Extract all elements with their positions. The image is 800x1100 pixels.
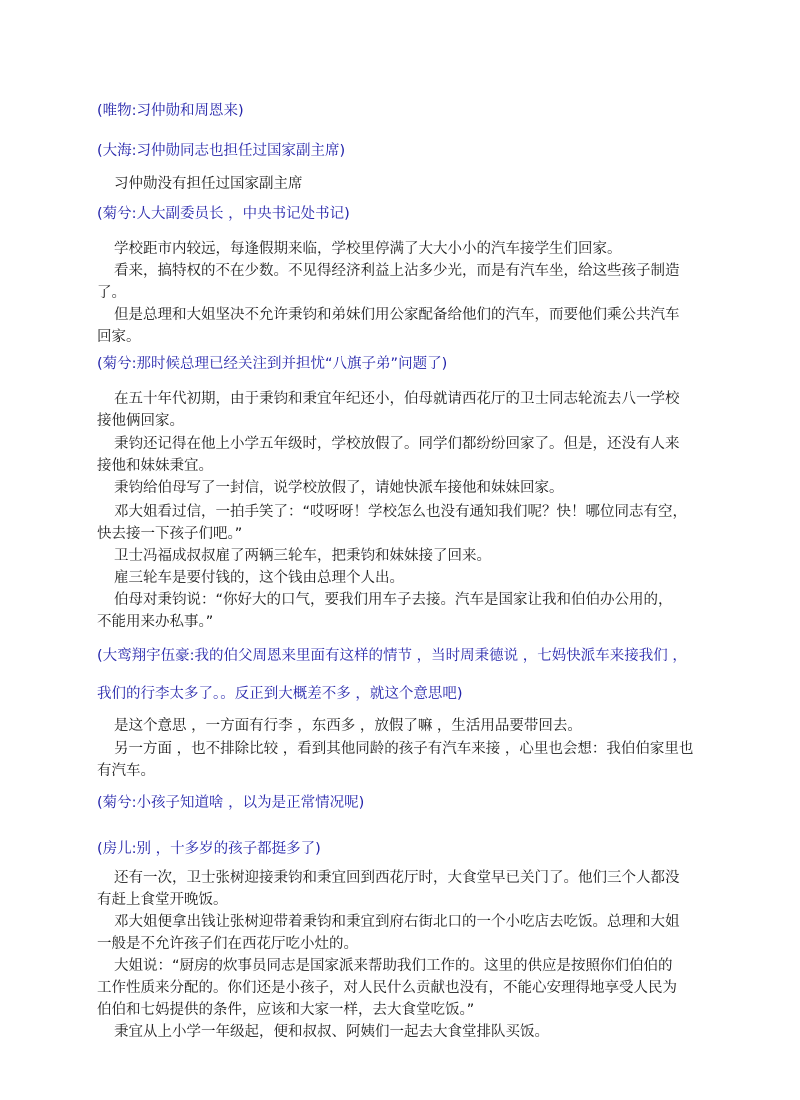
comment-paragraph: (菊兮:那时候总理已经关注到并担忧“八旗子弟”问题了) xyxy=(97,353,707,375)
body-paragraph: 大姐说：“厨房的炊事员同志是国家派来帮助我们工作的。这里的供应是按照你们伯伯的 … xyxy=(97,955,707,1021)
document-page: (唯物:习仲勋和周恩来)(大海:习仲勋同志也担任过国家副主席)习仲勋没有担任过国… xyxy=(0,0,800,1100)
comment-paragraph: (大鸾翔宇伍豪:我的伯父周恩来里面有这样的情节 ，当时周秉德说 ，七妈快派车来接… xyxy=(97,645,707,667)
body-paragraph: 邓大姐便拿出钱让张树迎带着秉钧和秉宜到府右街北口的一个小吃店去吃饭。总理和大姐 … xyxy=(97,911,707,955)
body-paragraph: 另一方面 ，也不排除比较 ，看到其他同龄的孩子有汽车来接 ，心里也会想：我伯伯家… xyxy=(97,738,707,782)
body-paragraph: 但是总理和大姐坚决不允许秉钧和弟妹们用公家配备给他们的汽车，而要他们乘公共汽车 … xyxy=(97,304,707,348)
body-paragraph: 在五十年代初期，由于秉钧和秉宜年纪还小，伯母就请西花厅的卫士同志轮流去八一学校 … xyxy=(97,388,707,432)
body-paragraph: 习仲勋没有担任过国家副主席 xyxy=(97,173,707,195)
comment-paragraph: (唯物:习仲勋和周恩来) xyxy=(97,100,707,122)
body-paragraph: 看来，搞特权的不在少数。不见得经济利益上沾多少光，而是有汽车坐，给这些孩子制造 … xyxy=(97,260,707,304)
body-paragraph: 伯母对秉钧说：“你好大的口气，要我们用车子去接。汽车是国家让我和伯伯办公用的， … xyxy=(97,589,707,633)
body-paragraph: 秉钧给伯母写了一封信，说学校放假了，请她快派车接他和妹妹回家。 xyxy=(97,477,707,499)
comment-paragraph: (菊兮:小孩子知道啥 ，以为是正常情况呢) xyxy=(97,792,707,814)
body-paragraph: 秉宜从上小学一年级起，便和叔叔、阿姨们一起去大食堂排队买饭。 xyxy=(97,1021,707,1043)
body-paragraph: 邓大姐看过信，一拍手笑了：“哎呀呀！学校怎么也没有通知我们呢？快！哪位同志有空，… xyxy=(97,501,707,545)
body-paragraph: 雇三轮车是要付钱的，这个钱由总理个人出。 xyxy=(97,567,707,589)
body-paragraph: 卫士冯福成叔叔雇了两辆三轮车，把秉钧和妹妹接了回来。 xyxy=(97,545,707,567)
body-paragraph: 还有一次，卫士张树迎接秉钧和秉宜回到西花厅时，大食堂早已关门了。他们三个人都没 … xyxy=(97,867,707,911)
body-paragraph: 秉钧还记得在他上小学五年级时，学校放假了。同学们都纷纷回家了。但是，还没有人来 … xyxy=(97,433,707,477)
comment-paragraph: (菊兮:人大副委员长 ，中央书记处书记) xyxy=(97,203,707,225)
comment-paragraph: 我们的行李太多了。。反正到大概差不多 ，就这个意思吧) xyxy=(97,683,707,705)
body-paragraph: 学校距市内较远，每逢假期来临，学校里停满了大大小小的汽车接学生们回家。 xyxy=(97,238,707,260)
comment-paragraph: (大海:习仲勋同志也担任过国家副主席) xyxy=(97,140,707,162)
document-text-content: (唯物:习仲勋和周恩来)(大海:习仲勋同志也担任过国家副主席)习仲勋没有担任过国… xyxy=(97,100,707,1043)
comment-paragraph: (房儿:别 ，十多岁的孩子都挺多了) xyxy=(97,838,707,860)
body-paragraph: 是这个意思 ，一方面有行李 ，东西多 ，放假了嘛 ，生活用品要带回去。 xyxy=(97,715,707,737)
